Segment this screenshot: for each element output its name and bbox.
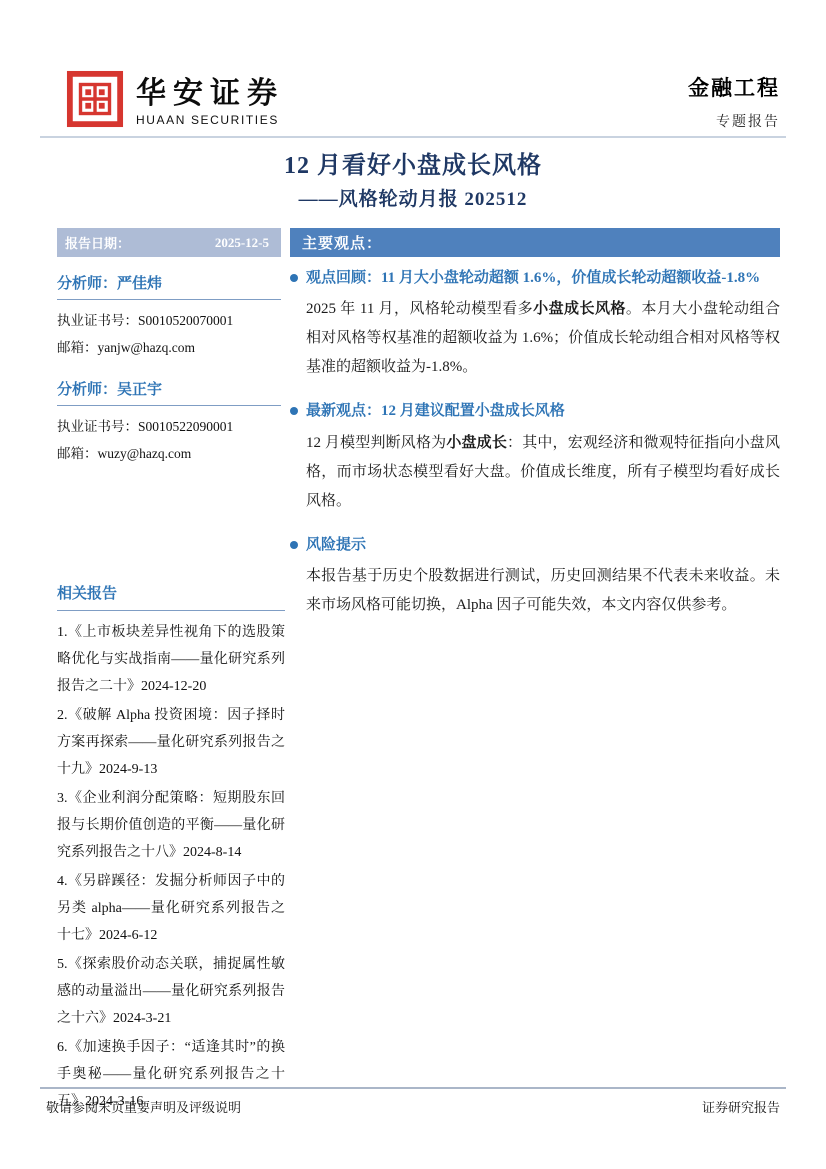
- key-point-body: 12 月模型判断风格为小盘成长：其中，宏观经济和微观特征指向小盘风格，而市场状态…: [306, 429, 780, 516]
- page-title: 12 月看好小盘成长风格: [0, 145, 826, 180]
- footer-disclaimer: 敬请参阅末页重要声明及评级说明: [46, 1097, 241, 1116]
- key-point-heading-text: 风险提示: [306, 534, 366, 557]
- key-point-heading-text: 最新观点：12 月建议配置小盘成长风格: [306, 400, 565, 423]
- brand-name-cn: 华安证券: [136, 77, 284, 110]
- related-report-item: 2.《破解 Alpha 投资困境：因子择时方案再探索——量化研究系列报告之十九》…: [57, 702, 285, 783]
- related-report-item: 5.《探索股价动态关联，捕捉属性敏感的动量溢出——量化研究系列报告之十六》202…: [57, 951, 285, 1032]
- brand-text: 华安证券 HUAAN SECURITIES: [136, 77, 284, 128]
- analyst-email: 邮箱：yanjw@hazq.com: [57, 336, 281, 356]
- key-point-heading: 观点回顾：11 月大小盘轮动超额 1.6%，价值成长轮动超额收益-1.8%: [290, 267, 780, 290]
- main-section-heading: 主要观点：: [290, 228, 780, 257]
- analyst-email: 邮箱：wuzy@hazq.com: [57, 442, 281, 462]
- key-point: 观点回顾：11 月大小盘轮动超额 1.6%，价值成长轮动超额收益-1.8% 20…: [290, 267, 780, 382]
- key-point: 风险提示 本报告基于历史个股数据进行测试，历史回测结果不代表未来收益。未来市场风…: [290, 534, 780, 620]
- key-point-heading: 风险提示: [290, 534, 780, 557]
- related-report-item: 4.《另辟蹊径：发掘分析师因子中的另类 alpha——量化研究系列报告之十七》2…: [57, 868, 285, 949]
- body-text: 2025 年 11 月，风格轮动模型看多: [306, 301, 533, 317]
- body-text: 12 月模型判断风格为: [306, 435, 446, 451]
- analyst-cert-no: 执业证书号：S0010522090001: [57, 415, 281, 435]
- key-point-body: 本报告基于历史个股数据进行测试，历史回测结果不代表未来收益。未来市场风格可能切换…: [306, 562, 780, 620]
- sidebar: 报告日期： 2025-12-5 分析师：严佳炜 执业证书号：S001052007…: [57, 228, 281, 462]
- company-logo: 华安证券 HUAAN SECURITIES: [66, 70, 284, 128]
- analyst-block: 分析师：吴正宇 执业证书号：S0010522090001 邮箱：wuzy@haz…: [57, 378, 281, 462]
- header-divider: [40, 136, 786, 138]
- footer: 敬请参阅末页重要声明及评级说明 证券研究报告: [46, 1097, 780, 1116]
- key-point: 最新观点：12 月建议配置小盘成长风格 12 月模型判断风格为小盘成长：其中，宏…: [290, 400, 780, 515]
- bullet-dot-icon: [290, 541, 298, 549]
- huaan-logo-icon: [66, 70, 124, 128]
- related-reports: 相关报告 1.《上市板块差异性视角下的选股策略优化与实战指南——量化研究系列报告…: [57, 582, 285, 1117]
- report-date-label: 报告日期：: [65, 233, 130, 252]
- related-report-item: 3.《企业利润分配策略：短期股东回报与长期价值创造的平衡——量化研究系列报告之十…: [57, 785, 285, 866]
- analyst-name: 分析师：严佳炜: [57, 272, 281, 300]
- related-reports-heading: 相关报告: [57, 582, 285, 611]
- body-text-bold: 小盘成长风格: [533, 301, 626, 317]
- report-category: 金融工程: [688, 72, 780, 102]
- page-subtitle: ——风格轮动月报 202512: [0, 184, 826, 211]
- analyst-name: 分析师：吴正宇: [57, 378, 281, 406]
- bullet-dot-icon: [290, 274, 298, 282]
- report-type: 专题报告: [688, 111, 780, 131]
- brand-name-en: HUAAN SECURITIES: [136, 113, 284, 127]
- key-point-body: 2025 年 11 月，风格轮动模型看多小盘成长风格。本月大小盘轮动组合相对风格…: [306, 295, 780, 382]
- main-content: 主要观点： 观点回顾：11 月大小盘轮动超额 1.6%，价值成长轮动超额收益-1…: [290, 228, 780, 620]
- analyst-cert-no: 执业证书号：S0010520070001: [57, 309, 281, 329]
- bullet-dot-icon: [290, 407, 298, 415]
- footer-report-label: 证券研究报告: [702, 1097, 780, 1116]
- key-point-heading-text: 观点回顾：11 月大小盘轮动超额 1.6%，价值成长轮动超额收益-1.8%: [306, 267, 760, 290]
- body-text-bold: 小盘成长: [446, 435, 507, 451]
- related-reports-list: 1.《上市板块差异性视角下的选股策略优化与实战指南——量化研究系列报告之二十》2…: [57, 619, 285, 1115]
- related-report-item: 1.《上市板块差异性视角下的选股策略优化与实战指南——量化研究系列报告之二十》2…: [57, 619, 285, 700]
- key-point-heading: 最新观点：12 月建议配置小盘成长风格: [290, 400, 780, 423]
- report-date-value: 2025-12-5: [215, 235, 269, 251]
- header-right: 金融工程 专题报告: [688, 72, 780, 131]
- analyst-block: 分析师：严佳炜 执业证书号：S0010520070001 邮箱：yanjw@ha…: [57, 272, 281, 356]
- body-text: 本报告基于历史个股数据进行测试，历史回测结果不代表未来收益。未来市场风格可能切换…: [306, 568, 780, 613]
- report-page: 华安证券 HUAAN SECURITIES 金融工程 专题报告 12 月看好小盘…: [0, 0, 826, 1169]
- report-date-bar: 报告日期： 2025-12-5: [57, 228, 281, 257]
- footer-divider: [40, 1087, 786, 1089]
